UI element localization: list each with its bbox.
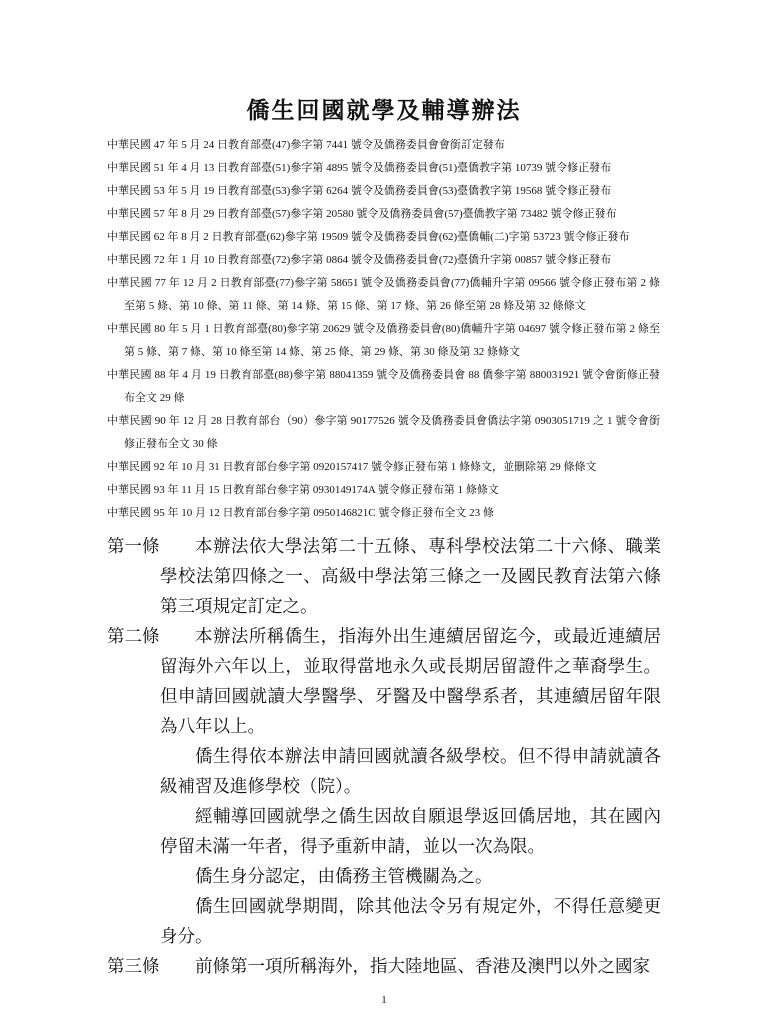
- promulgation-entry: 中華民國 95 年 10 月 12 日教育部台參字第 0950146821C 號…: [107, 502, 660, 525]
- article-paragraph: 本辦法依大學法第二十五條、專科學校法第二十六條、職業學校法第四條之一、高級中學法…: [160, 531, 661, 621]
- promulgation-entry: 中華民國 80 年 5 月 1 日教育部臺(80)參字第 20629 號令及僑務…: [107, 318, 660, 364]
- article-paragraph: 僑生得依本辦法申請回國就讀各級學校。但不得申請就讀各級補習及進修學校（院）。: [160, 741, 661, 801]
- article-paragraph: 僑生回國就學期間，除其他法令另有規定外，不得任意變更身分。: [160, 891, 661, 951]
- document-title: 僑生回國就學及輔導辦法: [107, 92, 661, 125]
- promulgation-entry: 中華民國 77 年 12 月 2 日教育部臺(77)參字第 58651 號令及僑…: [107, 272, 660, 318]
- article: 第一條本辦法依大學法第二十五條、專科學校法第二十六條、職業學校法第四條之一、高級…: [107, 531, 661, 621]
- promulgation-entry: 中華民國 90 年 12 月 28 日教育部台（90）參字第 90177526 …: [107, 410, 660, 456]
- promulgation-history: 中華民國 47 年 5 月 24 日教育部臺(47)參字第 7441 號令及僑務…: [107, 134, 660, 525]
- promulgation-entry: 中華民國 47 年 5 月 24 日教育部臺(47)參字第 7441 號令及僑務…: [107, 134, 660, 157]
- document-page: 僑生回國就學及輔導辦法 中華民國 47 年 5 月 24 日教育部臺(47)參字…: [0, 0, 768, 1024]
- page-number: 1: [0, 994, 768, 1006]
- promulgation-entry: 中華民國 88 年 4 月 19 日教育部臺(88)參字第 88041359 號…: [107, 364, 660, 410]
- article-paragraph: 僑生身分認定，由僑務主管機關為之。: [160, 861, 661, 891]
- promulgation-entry: 中華民國 92 年 10 月 31 日教育部台參字第 0920157417 號令…: [107, 456, 660, 479]
- promulgation-entry: 中華民國 57 年 8 月 29 日教育部臺(57)參字第 20580 號令及僑…: [107, 203, 660, 226]
- article-number: 第三條: [107, 951, 160, 981]
- article-paragraph: 前條第一項所稱海外，指大陸地區、香港及澳門以外之國家: [160, 951, 661, 981]
- article-number: 第一條: [107, 531, 160, 561]
- promulgation-entry: 中華民國 72 年 1 月 10 日教育部臺(72)參字第 0864 號令及僑務…: [107, 249, 660, 272]
- article-paragraph: 經輔導回國就學之僑生因故自願退學返回僑居地，其在國內停留未滿一年者，得予重新申請…: [160, 801, 661, 861]
- promulgation-entry: 中華民國 62 年 8 月 2 日教育部臺(62)參字第 19509 號令及僑務…: [107, 226, 660, 249]
- article-number: 第二條: [107, 621, 160, 651]
- promulgation-entry: 中華民國 53 年 5 月 19 日教育部臺(53)參字第 6264 號令及僑務…: [107, 180, 660, 203]
- articles-section: 第一條本辦法依大學法第二十五條、專科學校法第二十六條、職業學校法第四條之一、高級…: [107, 531, 661, 981]
- article: 第三條前條第一項所稱海外，指大陸地區、香港及澳門以外之國家: [107, 951, 661, 981]
- article: 第二條本辦法所稱僑生，指海外出生連續居留迄今，或最近連續居留海外六年以上，並取得…: [107, 621, 661, 951]
- article-paragraph: 本辦法所稱僑生，指海外出生連續居留迄今，或最近連續居留海外六年以上，並取得當地永…: [160, 621, 661, 741]
- promulgation-entry: 中華民國 51 年 4 月 13 日教育部臺(51)參字第 4895 號令及僑務…: [107, 157, 660, 180]
- promulgation-entry: 中華民國 93 年 11 月 15 日教育部台參字第 0930149174A 號…: [107, 479, 660, 502]
